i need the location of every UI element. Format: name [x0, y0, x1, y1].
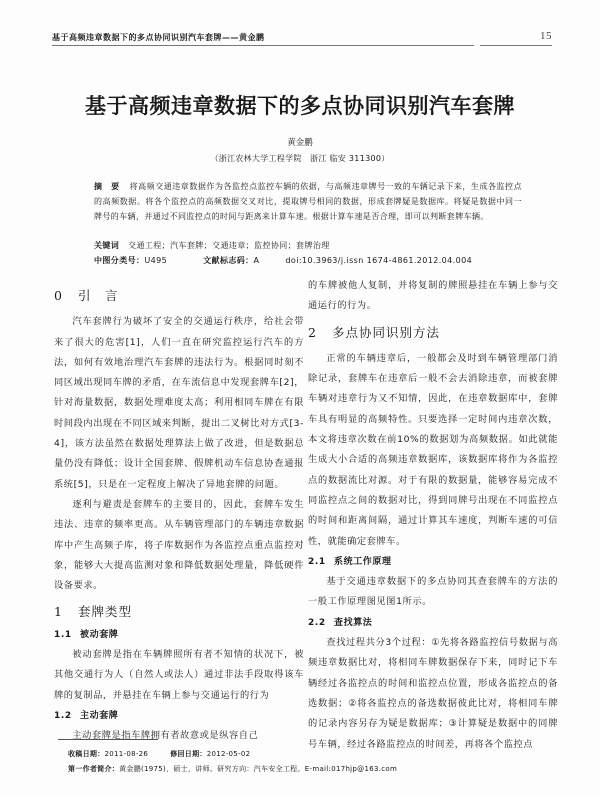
subsection-2-2-heading: 2.2查找算法 — [308, 613, 558, 633]
section-title: 套牌类型 — [78, 604, 132, 619]
subsection-number: 2.1 — [308, 552, 334, 572]
article-title: 基于高频违章数据下的多点协同识别汽车套牌 — [0, 90, 600, 120]
paragraph: 汽车套牌行为破坏了安全的交通运行秩序，给社会带来了很大的危害[1]，人们一直在研… — [54, 312, 304, 495]
abstract: 摘 要将高频交通违章数据作为各监控点监控车辆的依据，与高频违章牌号一致的车辆记录… — [94, 179, 522, 224]
subsection-1-1-heading: 1.1被动套牌 — [54, 625, 304, 645]
abstract-label: 摘 要 — [94, 182, 120, 191]
section-0-heading: 0引 言 — [54, 286, 304, 306]
section-title: 引 言 — [78, 288, 119, 303]
keywords-label: 关键词 — [94, 241, 119, 250]
subsection-number: 2.2 — [308, 613, 334, 633]
keywords-text: 交通工程；汽车套牌；交通违章；监控协同；套牌治理 — [128, 241, 330, 250]
subsection-number: 1.1 — [54, 625, 80, 645]
paragraph: 逐利与避责是套牌车的主要目的，因此，套牌车发生违法、违章的频率更高。从车辆管理部… — [54, 495, 304, 596]
revised-label: 修回日期： — [170, 750, 207, 758]
footnote-dates: 收稿日期：2011-08-26修回日期：2012-05-02 — [68, 749, 250, 759]
subsection-title: 查找算法 — [334, 618, 372, 628]
header-rule — [52, 45, 474, 46]
subsection-title: 主动套牌 — [80, 711, 118, 721]
received-label: 收稿日期： — [68, 750, 105, 758]
paragraph: 基于交通违章数据下的多点协同其查套牌车的方法的一般工作原理图见图1所示。 — [308, 572, 558, 613]
section-1-heading: 1套牌类型 — [54, 602, 304, 622]
clc-label: 中图分类号： — [94, 256, 144, 265]
subsection-1-2-heading: 1.2主动套牌 — [54, 706, 304, 726]
paragraph: 的车牌被他人复制，并将复制的牌照悬挂在车辆上参与交通运行的行为。 — [308, 276, 558, 317]
section-number: 0 — [54, 286, 78, 306]
doi: doi:10.3963/j.issn 1674-4861.2012.04.004 — [285, 256, 472, 265]
paragraph: 查找过程共分3个过程：①先将各路监控信号数据与高频违章数据比对，将相同车牌数据保… — [308, 633, 558, 755]
keywords: 关键词 交通工程；汽车套牌；交通违章；监控协同；套牌治理 — [94, 240, 330, 251]
received-date: 2011-08-26 — [105, 750, 149, 758]
author-bio-label: 第一作者简介： — [68, 765, 119, 773]
paragraph: 主动套牌是指车牌拥有者故意或是纵容自己 — [54, 726, 304, 746]
doc-code-label: 文献标志码： — [203, 256, 253, 265]
author-bio: 黄金鹏(1975)，硕士，讲师。研究方向：汽车安全工程。E-mail:017hj… — [119, 765, 397, 773]
subsection-title: 被动套牌 — [80, 630, 118, 640]
author-affiliation: （浙江农林大学工程学院 浙江 临安 311300） — [0, 153, 600, 164]
running-head-title: 基于高频违章数据下的多点协同识别汽车套牌——黄金鹏 — [52, 32, 265, 43]
section-number: 2 — [308, 323, 332, 343]
page-number: 15 — [540, 30, 552, 42]
footnote-rule — [58, 739, 158, 740]
header-rule-right — [480, 45, 552, 46]
paragraph: 正常的车辆违章后，一般都会及时到车辆管理部门消除记录，套牌车在违章后一般不会去消… — [308, 349, 558, 552]
revised-date: 2012-05-02 — [207, 750, 251, 758]
running-head: 基于高频违章数据下的多点协同识别汽车套牌——黄金鹏 15 — [52, 30, 552, 46]
left-column: 0引 言 汽车套牌行为破坏了安全的交通运行秩序，给社会带来了很大的危害[1]，人… — [54, 286, 304, 747]
section-title: 多点协同识别方法 — [332, 325, 440, 340]
right-column: 的车牌被他人复制，并将复制的牌照悬挂在车辆上参与交通运行的行为。 2多点协同识别… — [308, 276, 558, 755]
classification-line: 中图分类号：U495文献标志码：Adoi:10.3963/j.issn 1674… — [94, 255, 472, 266]
author-name: 黄金鹏 — [0, 136, 600, 148]
subsection-number: 1.2 — [54, 706, 80, 726]
section-number: 1 — [54, 602, 78, 622]
clc-value: U495 — [144, 256, 167, 265]
section-2-heading: 2多点协同识别方法 — [308, 323, 558, 343]
footnote-author: 第一作者简介：黄金鹏(1975)，硕士，讲师。研究方向：汽车安全工程。E-mai… — [68, 764, 397, 774]
paragraph: 被动套牌是指在车辆牌照所有者不知情的状况下，被其他交通行为人（自然人或法人）通过… — [54, 645, 304, 706]
subsection-2-1-heading: 2.1系统工作原理 — [308, 552, 558, 572]
abstract-text: 将高频交通违章数据作为各监控点监控车辆的依据，与高频违章牌号一致的车辆记录下来，… — [94, 182, 522, 221]
subsection-title: 系统工作原理 — [334, 557, 392, 567]
doc-code-value: A — [254, 256, 260, 265]
